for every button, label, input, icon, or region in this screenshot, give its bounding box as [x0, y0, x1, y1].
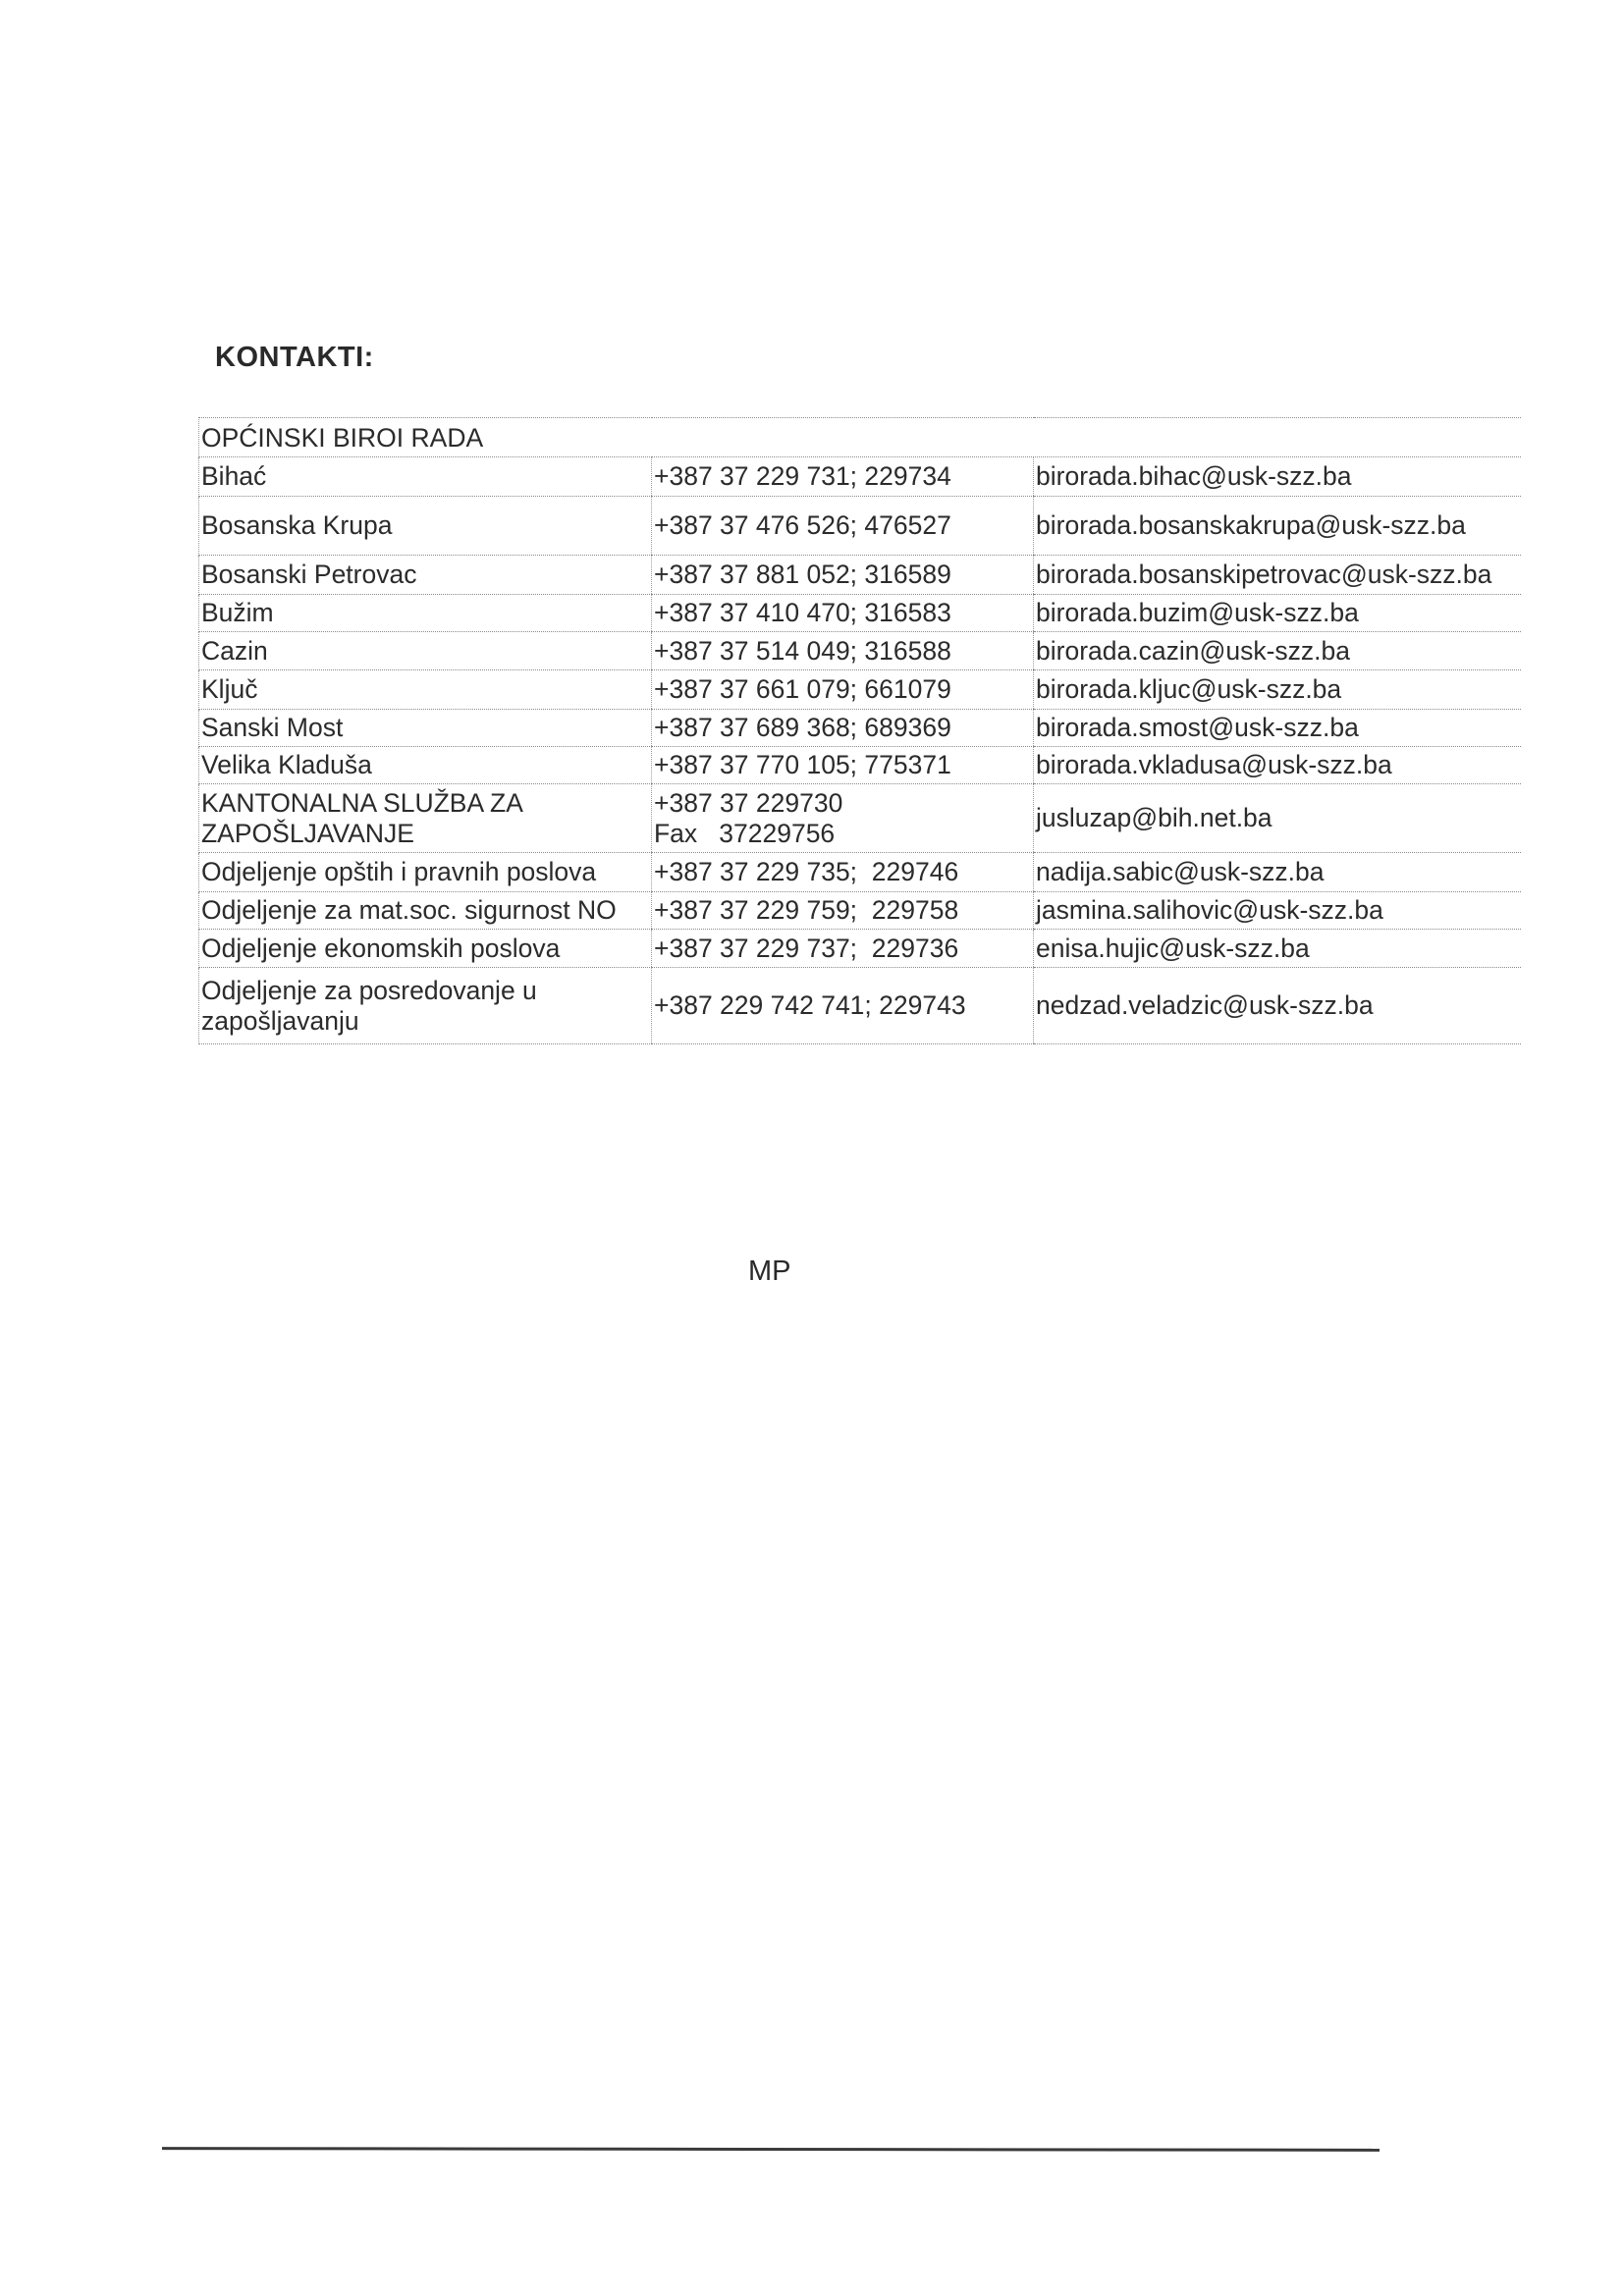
table-row: Bosanski Petrovac +387 37 881 052; 31658… [199, 556, 1521, 595]
office-phone: +387 37 770 105; 775371 [652, 747, 1034, 784]
office-phone: +387 37 410 470; 316583 [652, 595, 1034, 632]
office-name: Bosanska Krupa [199, 497, 652, 556]
table-row: Velika Kladuša +387 37 770 105; 775371 b… [199, 747, 1521, 784]
table-row: Bosanska Krupa +387 37 476 526; 476527 b… [199, 497, 1521, 556]
office-phone: +387 37 689 368; 689369 [652, 710, 1034, 747]
table-row: Ključ +387 37 661 079; 661079 birorada.k… [199, 670, 1521, 710]
office-name: Bihać [199, 457, 652, 497]
office-email[interactable]: birorada.kljuc@usk-szz.ba [1034, 670, 1521, 710]
section-header: OPĆINSKI BIROI RADA [199, 418, 1521, 457]
office-name-line: KANTONALNA SLUŽBA ZA [201, 788, 651, 819]
office-phone: +387 37 514 049; 316588 [652, 632, 1034, 670]
office-name-line: ZAPOŠLJAVANJE [201, 819, 651, 849]
office-email[interactable]: enisa.hujic@usk-szz.ba [1034, 930, 1521, 968]
office-email[interactable]: birorada.buzim@usk-szz.ba [1034, 595, 1521, 632]
section-header-row: OPĆINSKI BIROI RADA [199, 418, 1521, 457]
table-row: Bužim +387 37 410 470; 316583 birorada.b… [199, 595, 1521, 632]
office-name: Velika Kladuša [199, 747, 652, 784]
table-row: Sanski Most +387 37 689 368; 689369 biro… [199, 710, 1521, 747]
office-name: KANTONALNA SLUŽBA ZA ZAPOŠLJAVANJE [199, 784, 652, 853]
office-email[interactable]: birorada.smost@usk-szz.ba [1034, 710, 1521, 747]
office-email[interactable]: birorada.bosanskakrupa@usk-szz.ba [1034, 497, 1521, 556]
office-name: Bužim [199, 595, 652, 632]
table-row: KANTONALNA SLUŽBA ZA ZAPOŠLJAVANJE +387 … [199, 784, 1521, 853]
office-email[interactable]: birorada.vkladusa@usk-szz.ba [1034, 747, 1521, 784]
table-row: Odjeljenje ekonomskih poslova +387 37 22… [199, 930, 1521, 968]
office-phone: +387 37 229 735; 229746 [652, 853, 1034, 892]
table-row: Odjeljenje za mat.soc. sigurnost NO +387… [199, 892, 1521, 930]
office-name: Odjeljenje opštih i pravnih poslova [199, 853, 652, 892]
office-name: Cazin [199, 632, 652, 670]
office-email[interactable]: nedzad.veladzic@usk-szz.ba [1034, 968, 1521, 1044]
office-phone: +387 37 476 526; 476527 [652, 497, 1034, 556]
office-name: Bosanski Petrovac [199, 556, 652, 595]
office-phone: +387 37 229730 Fax 37229756 [652, 784, 1034, 853]
signature-line [162, 2147, 1380, 2152]
office-phone: +387 229 742 741; 229743 [652, 968, 1034, 1044]
contacts-table: OPĆINSKI BIROI RADA Bihać +387 37 229 73… [198, 417, 1521, 1044]
office-name-line: Odjeljenje za posredovanje u [201, 976, 651, 1006]
office-email[interactable]: jasmina.salihovic@usk-szz.ba [1034, 892, 1521, 930]
office-email[interactable]: birorada.bihac@usk-szz.ba [1034, 457, 1521, 497]
stamp-placeholder: MP [748, 1255, 791, 1288]
page-title: KONTAKTI: [215, 342, 374, 374]
office-phone: +387 37 661 079; 661079 [652, 670, 1034, 710]
office-email[interactable]: birorada.bosanskipetrovac@usk-szz.ba [1034, 556, 1521, 595]
office-phone: +387 37 229 731; 229734 [652, 457, 1034, 497]
office-name: Odjeljenje za posredovanje u zapošljavan… [199, 968, 652, 1044]
office-email[interactable]: jusluzap@bih.net.ba [1034, 784, 1521, 853]
office-name-line: zapošljavanju [201, 1006, 651, 1037]
table-row: Bihać +387 37 229 731; 229734 birorada.b… [199, 457, 1521, 497]
office-email[interactable]: birorada.cazin@usk-szz.ba [1034, 632, 1521, 670]
office-fax-line: Fax 37229756 [654, 819, 1033, 849]
office-phone: +387 37 881 052; 316589 [652, 556, 1034, 595]
office-phone: +387 37 229 759; 229758 [652, 892, 1034, 930]
table-row: Odjeljenje opštih i pravnih poslova +387… [199, 853, 1521, 892]
office-name: Sanski Most [199, 710, 652, 747]
office-name: Ključ [199, 670, 652, 710]
office-name: Odjeljenje za mat.soc. sigurnost NO [199, 892, 652, 930]
table-row: Odjeljenje za posredovanje u zapošljavan… [199, 968, 1521, 1044]
office-phone-line: +387 37 229730 [654, 788, 1033, 819]
table-row: Cazin +387 37 514 049; 316588 birorada.c… [199, 632, 1521, 670]
office-email[interactable]: nadija.sabic@usk-szz.ba [1034, 853, 1521, 892]
office-name: Odjeljenje ekonomskih poslova [199, 930, 652, 968]
office-phone: +387 37 229 737; 229736 [652, 930, 1034, 968]
